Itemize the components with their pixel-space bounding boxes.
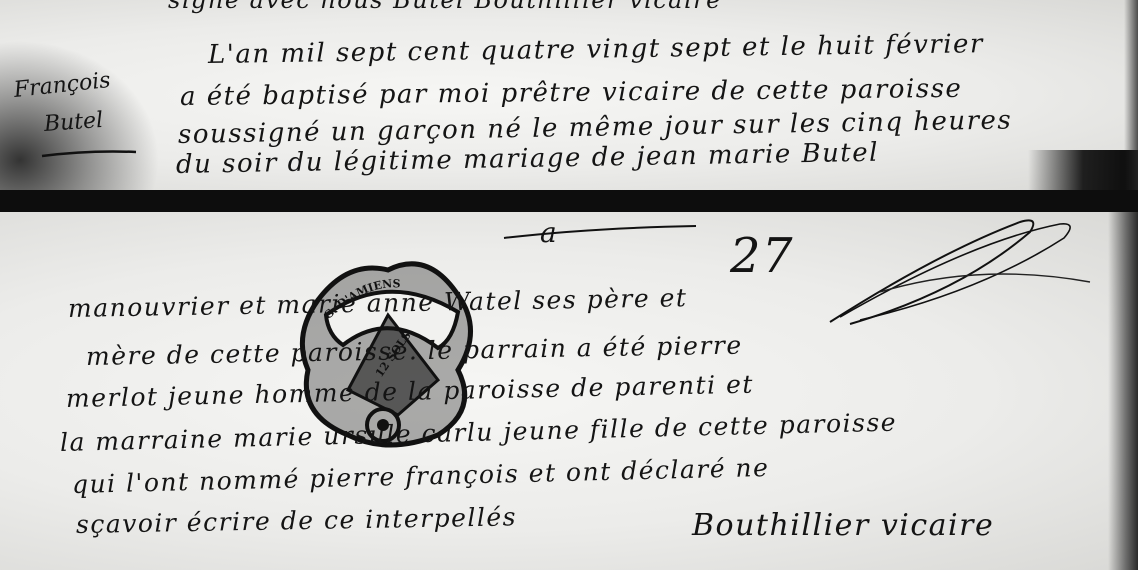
entry-number: 27 bbox=[730, 228, 794, 284]
line-naming: qui l'ont nommé pierre françois et ont d… bbox=[72, 453, 770, 499]
line-date: L'an mil sept cent quatre vingt sept et … bbox=[208, 29, 984, 70]
scan-divider bbox=[0, 190, 1138, 212]
margin-underline bbox=[40, 148, 140, 160]
line-baptism: a été baptisé par moi prêtre vicaire de … bbox=[180, 74, 963, 112]
signature-flourish bbox=[820, 212, 1120, 342]
register-strip-top: François Butel signé avec nous Butel Bou… bbox=[0, 0, 1138, 190]
line-illiterate: sçavoir écrire de ce interpellés bbox=[76, 502, 517, 539]
page-edge bbox=[1124, 0, 1138, 190]
line-parish-godfather: mère de cette paroisse. le parrain a été… bbox=[86, 331, 743, 371]
line-occupation-mother: manouvrier et marie anne Watel ses père … bbox=[68, 283, 688, 323]
page-shadow bbox=[1028, 150, 1138, 190]
register-strip-bottom: a 27 G. D'AMIENS 12 SOLS manouvrier et m… bbox=[0, 212, 1138, 570]
header-stroke bbox=[500, 222, 700, 242]
margin-note-surname: Butel bbox=[43, 108, 104, 137]
vicar-signature: Bouthillier vicaire bbox=[692, 508, 994, 543]
line-closing-signature: signé avec nous Butel Bouthillier vicair… bbox=[168, 0, 722, 14]
